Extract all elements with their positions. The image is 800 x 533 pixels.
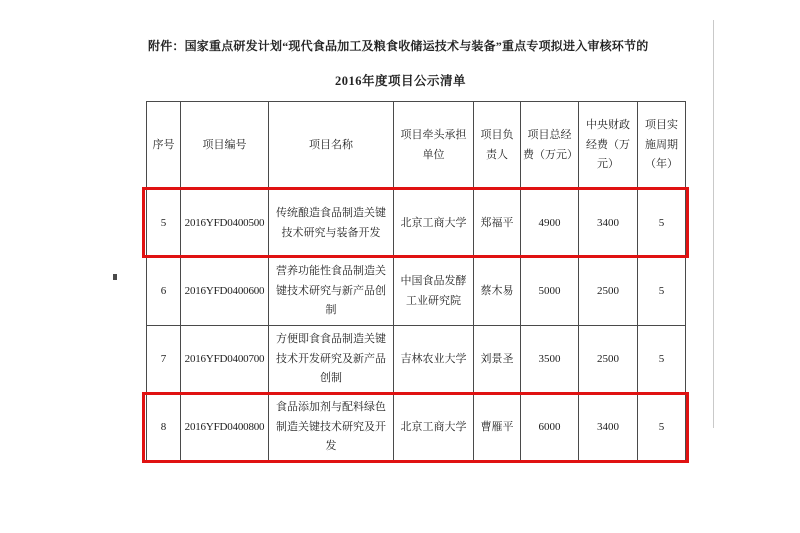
- cell-code: 2016YFD0400600: [181, 258, 269, 326]
- cell-leader: 蔡木易: [474, 258, 521, 326]
- cell-code: 2016YFD0400700: [181, 326, 269, 394]
- cell-central: 2500: [579, 258, 638, 326]
- cell-total: 4900: [521, 190, 579, 258]
- header-seq: 序号: [147, 102, 181, 190]
- page-edge-line: [713, 20, 714, 428]
- table-row-project-8: 8 2016YFD0400800 食品添加剂与配料绿色制造关键技术研究及开发 北…: [147, 394, 686, 462]
- table-header-row: 序号 项目编号 项目名称 项目牵头承担单位 项目负责人 项目总经费（万元） 中央…: [147, 102, 686, 190]
- cell-name: 方便即食食品制造关键技术开发研究及新产品创制: [269, 326, 394, 394]
- document-page: 附件：国家重点研发计划“现代食品加工及粮食收储运技术与装备”重点专项拟进入审核环…: [0, 0, 800, 533]
- cell-central: 2500: [579, 326, 638, 394]
- cell-seq: 5: [147, 190, 181, 258]
- header-period: 项目实施周期（年）: [638, 102, 686, 190]
- cell-seq: 7: [147, 326, 181, 394]
- header-total-budget: 项目总经费（万元）: [521, 102, 579, 190]
- cell-seq: 8: [147, 394, 181, 462]
- document-subtitle: 2016年度项目公示清单: [148, 71, 653, 89]
- header-central-budget: 中央财政经费（万元）: [579, 102, 638, 190]
- table-row-project-5: 5 2016YFD0400500 传统酿造食品制造关键技术研究与装备开发 北京工…: [147, 190, 686, 258]
- cell-period: 5: [638, 258, 686, 326]
- cell-unit: 中国食品发酵工业研究院: [394, 258, 474, 326]
- cell-period: 5: [638, 326, 686, 394]
- cell-name: 食品添加剂与配料绿色制造关键技术研究及开发: [269, 394, 394, 462]
- cell-central: 3400: [579, 394, 638, 462]
- cell-code: 2016YFD0400500: [181, 190, 269, 258]
- cell-central: 3400: [579, 190, 638, 258]
- cell-total: 3500: [521, 326, 579, 394]
- cell-unit: 北京工商大学: [394, 190, 474, 258]
- cell-leader: 刘景圣: [474, 326, 521, 394]
- header-name: 项目名称: [269, 102, 394, 190]
- cell-total: 6000: [521, 394, 579, 462]
- cell-name: 营养功能性食品制造关键技术研究与新产品创制: [269, 258, 394, 326]
- header-code: 项目编号: [181, 102, 269, 190]
- table-row-project-6: 6 2016YFD0400600 营养功能性食品制造关键技术研究与新产品创制 中…: [147, 258, 686, 326]
- header-leader: 项目负责人: [474, 102, 521, 190]
- cell-unit: 北京工商大学: [394, 394, 474, 462]
- scan-artifact-mark: [113, 274, 117, 280]
- cell-period: 5: [638, 394, 686, 462]
- cell-seq: 6: [147, 258, 181, 326]
- cell-unit: 吉林农业大学: [394, 326, 474, 394]
- cell-name: 传统酿造食品制造关键技术研究与装备开发: [269, 190, 394, 258]
- cell-code: 2016YFD0400800: [181, 394, 269, 462]
- cell-period: 5: [638, 190, 686, 258]
- header-unit: 项目牵头承担单位: [394, 102, 474, 190]
- cell-total: 5000: [521, 258, 579, 326]
- cell-leader: 郑福平: [474, 190, 521, 258]
- attachment-title: 附件：国家重点研发计划“现代食品加工及粮食收储运技术与装备”重点专项拟进入审核环…: [148, 38, 658, 54]
- project-table: 序号 项目编号 项目名称 项目牵头承担单位 项目负责人 项目总经费（万元） 中央…: [146, 101, 686, 462]
- table-row-project-7: 7 2016YFD0400700 方便即食食品制造关键技术开发研究及新产品创制 …: [147, 326, 686, 394]
- cell-leader: 曹雁平: [474, 394, 521, 462]
